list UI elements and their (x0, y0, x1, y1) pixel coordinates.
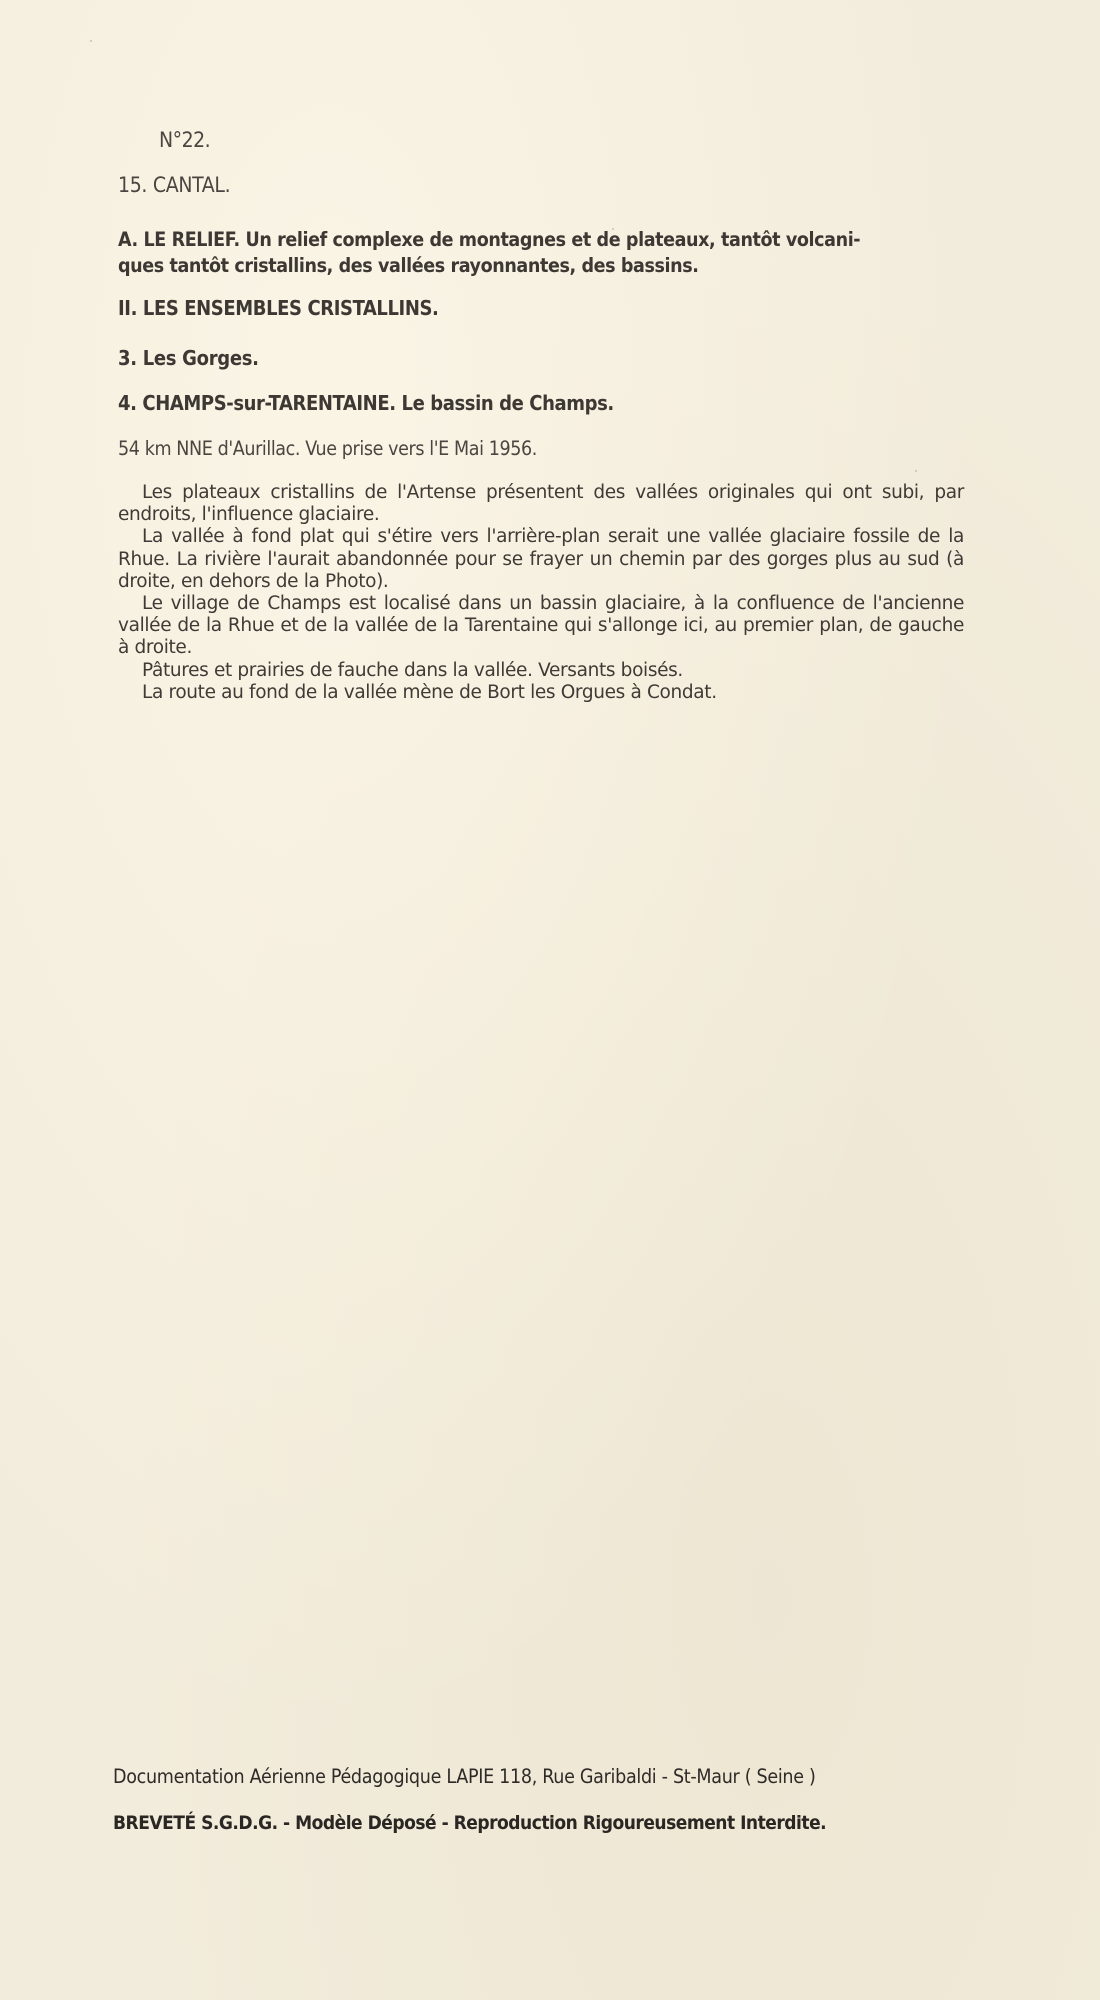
relief-heading-label: A. LE RELIEF. (118, 228, 240, 251)
location-line: 54 km NNE d'Aurillac. Vue prise vers l'E… (118, 437, 537, 460)
paper-speck (915, 470, 917, 472)
paragraph-patures: Pâtures et prairies de fauche dans la va… (118, 660, 964, 682)
plate-number: N°22. (159, 128, 210, 152)
paragraph-artense: Les plateaux cristallins de l'Artense pr… (118, 482, 964, 526)
paragraph-route: La route au fond de la vallée mène de Bo… (118, 682, 964, 704)
place-title: 4. CHAMPS-sur-TARENTAINE. Le bassin de C… (118, 391, 614, 415)
description-body: Les plateaux cristallins de l'Artense pr… (118, 482, 964, 704)
paragraph-vallee-fossile: La vallée à fond plat qui s'étire vers l… (118, 526, 964, 593)
paragraph-village-champs: Le village de Champs est localisé dans u… (118, 593, 964, 660)
place-title-subtitle: Le bassin de Champs. (402, 391, 614, 415)
section-title: II. LES ENSEMBLES CRISTALLINS. (118, 296, 439, 320)
relief-heading-line-1: A. LE RELIEF. Un relief complexe de mont… (118, 228, 968, 251)
paper-speck (612, 228, 614, 230)
subsection-title: 3. Les Gorges. (118, 346, 259, 370)
legal-footer: BREVETÉ S.G.D.G. - Modèle Déposé - Repro… (113, 1812, 826, 1834)
document-page: N°22. 15. CANTAL. A. LE RELIEF. Un relie… (0, 0, 1100, 2000)
relief-heading-text: Un relief complexe de montagnes et de pl… (245, 228, 860, 251)
region-title: 15. CANTAL. (118, 173, 230, 197)
paper-speck (90, 40, 92, 42)
relief-heading-line-2: ques tantôt cristallins, des vallées ray… (118, 254, 968, 277)
publisher-footer: Documentation Aérienne Pédagogique LAPIE… (113, 1765, 816, 1788)
place-title-label: 4. CHAMPS-sur-TARENTAINE. (118, 391, 396, 415)
